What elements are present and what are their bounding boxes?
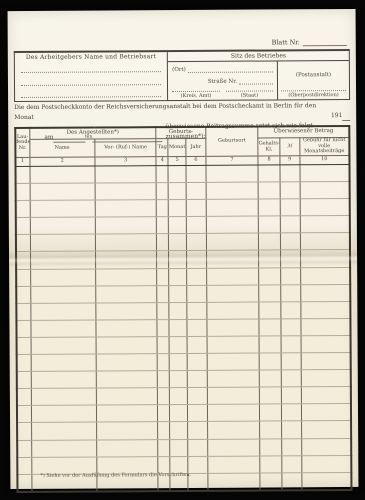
table-cell [259, 353, 281, 370]
table-row [17, 370, 351, 389]
table-cell [16, 320, 30, 337]
contribution-table: Lau- fende Nr. Des Angestellten*) Geburt… [14, 125, 352, 493]
column-number: 9 [280, 156, 300, 165]
table-row [16, 284, 350, 303]
table-cell [260, 455, 282, 472]
table-cell [260, 473, 282, 491]
table-cell [259, 250, 281, 267]
postal-fields: (Postanstalt) (Oberpostdirektion) [278, 61, 349, 99]
table-cell [207, 302, 260, 319]
column-number: 8 [258, 156, 280, 165]
photo-backdrop: Blatt Nr. Des Arbeitgebers Name und Betr… [0, 0, 365, 500]
table-cell [300, 267, 350, 284]
table-cell [207, 336, 260, 353]
table-cell [16, 286, 30, 303]
table-cell [187, 251, 207, 268]
table-row [16, 182, 350, 201]
employer-write-line [21, 85, 161, 98]
table-cell [280, 182, 300, 199]
table-cell [16, 218, 30, 235]
table-cell [300, 250, 350, 267]
employer-name-section: Des Arbeitgebers Name und Betriebsart [15, 52, 169, 101]
table-cell [281, 284, 301, 301]
table-cell [301, 421, 351, 438]
table-cell [282, 438, 302, 455]
col-header-geburtsort: Geburtsort [206, 127, 259, 157]
table-cell [31, 422, 97, 439]
table-cell [280, 233, 300, 250]
table-cell [157, 200, 169, 217]
table-cell [158, 371, 170, 388]
table-cell [259, 267, 281, 284]
group-header-angestellten: Des Angestellten*) [29, 127, 156, 139]
table-cell [31, 405, 97, 422]
ort-label: (Ort) [172, 67, 186, 73]
table-cell [187, 388, 207, 405]
table-cell [30, 183, 96, 200]
table-cell [30, 286, 96, 303]
table-cell [300, 284, 350, 301]
table-cell [259, 216, 281, 233]
table-cell [170, 388, 188, 405]
table-cell [170, 422, 188, 439]
table-cell [187, 234, 207, 251]
table-cell [282, 421, 302, 438]
table-row [17, 421, 351, 440]
table-cell [170, 371, 188, 388]
table-cell [259, 319, 281, 336]
table-cell [300, 182, 350, 199]
col-header-name: Name [29, 139, 95, 157]
table-cell [280, 216, 300, 233]
table-cell [31, 354, 97, 371]
table-cell [31, 457, 97, 474]
table-cell [158, 354, 170, 371]
table-cell [30, 320, 96, 337]
table-cell [207, 404, 260, 421]
table-cell [16, 201, 30, 218]
table-cell [95, 200, 157, 217]
table-cell [158, 405, 170, 422]
table-cell [157, 183, 169, 200]
table-cell [158, 388, 170, 405]
table-row [16, 250, 350, 269]
table-cell [300, 199, 350, 216]
table-cell [206, 233, 259, 250]
table-cell [207, 353, 260, 370]
table-cell [17, 474, 31, 492]
sheet-number-line: Blatt Nr. [272, 38, 347, 46]
table-cell [95, 166, 157, 183]
table-cell [96, 337, 158, 354]
table-cell [259, 233, 281, 250]
table-cell [97, 439, 159, 456]
table-cell [301, 438, 351, 455]
col-header-gebuehr: Gebühr für nicht volle Monatsbeiträge [299, 137, 349, 155]
table-cell [95, 251, 157, 268]
table-cell [282, 455, 302, 472]
table-cell [207, 387, 260, 404]
table-cell [95, 183, 157, 200]
table-cell [17, 389, 31, 406]
col-header-gehaltsklasse: Gehalts- Kl. [258, 138, 280, 156]
table-row [15, 164, 349, 183]
table-cell [170, 439, 188, 456]
table-cell [96, 405, 158, 422]
table-cell [187, 336, 207, 353]
table-cell [258, 165, 280, 182]
table-cell [260, 404, 282, 421]
table-cell [187, 353, 207, 370]
column-number: 3 [95, 157, 157, 166]
col-header-mark: ℳ [280, 138, 300, 156]
year-blank [342, 113, 350, 121]
table-row [17, 387, 351, 406]
table-cell [186, 200, 206, 217]
table-cell [281, 336, 301, 353]
table-cell [157, 337, 169, 354]
table-cell [280, 199, 300, 216]
table-cell [31, 371, 97, 388]
postanstalt-label: (Postanstalt) [281, 72, 346, 78]
table-cell [186, 165, 206, 182]
table-cell [169, 285, 187, 302]
table-cell [206, 216, 259, 233]
oberpostdirektion-label: (Oberpostdirektion) [281, 90, 346, 98]
sheet-number-label: Blatt Nr. [272, 38, 300, 46]
table-cell [260, 387, 282, 404]
table-cell [168, 165, 186, 182]
group-header-betrag: Überwiesener Betrag [258, 126, 349, 138]
table-cell [157, 217, 169, 234]
table-cell [157, 319, 169, 336]
table-cell [302, 472, 352, 490]
form-document: Blatt Nr. Des Arbeitgebers Name und Betr… [8, 9, 359, 489]
table-cell [187, 268, 207, 285]
employer-header-box: Des Arbeitgebers Name und Betriebsart Si… [14, 49, 350, 102]
table-cell [157, 268, 169, 285]
group-header-geburts: Geburts- [156, 127, 205, 139]
table-cell [301, 404, 351, 421]
col-header-laufende-nr: Lau- fende Nr. [15, 128, 29, 158]
table-cell [17, 457, 31, 474]
table-cell [31, 337, 97, 354]
table-cell [169, 319, 187, 336]
table-cell [30, 200, 96, 217]
table-cell [282, 472, 302, 490]
table-cell [16, 184, 30, 201]
table-cell [17, 372, 31, 389]
table-cell [157, 285, 169, 302]
col-header-tag: Tag [156, 139, 168, 157]
column-number: 4 [156, 157, 168, 166]
table-cell [281, 302, 301, 319]
table-row [17, 353, 351, 372]
table-cell [188, 422, 208, 439]
table-cell [156, 166, 168, 183]
table-cell [96, 320, 158, 337]
table-cell [158, 439, 170, 456]
intro-line1-text: Die dem Postscheckkonto der Reichsversic… [14, 101, 329, 123]
col-header-monat: Monat [168, 138, 186, 156]
table-cell [169, 336, 187, 353]
table-cell [30, 252, 96, 269]
table-cell [188, 439, 208, 456]
sheet-number-blank [303, 38, 347, 46]
table-cell [259, 302, 281, 319]
employer-write-line [21, 60, 161, 73]
table-cell [96, 354, 158, 371]
table-cell [169, 251, 187, 268]
table-cell [259, 336, 281, 353]
table-cell [207, 370, 260, 387]
table-cell [300, 216, 350, 233]
table-cell [206, 268, 259, 285]
column-number: 7 [206, 156, 258, 165]
table-cell [206, 182, 259, 199]
ort-blank [188, 64, 273, 73]
table-cell [30, 303, 96, 320]
table-row [16, 216, 350, 235]
table-cell [281, 353, 301, 370]
table-cell [301, 318, 351, 335]
business-seat-section: Sitz des Betriebes (Ort) Straße Nr. [168, 51, 349, 100]
table-cell [96, 285, 158, 302]
table-cell [206, 165, 259, 182]
table-row [16, 301, 350, 320]
table-cell [301, 387, 351, 404]
table-cell [96, 268, 158, 285]
table-cell [97, 456, 159, 473]
table-cell [301, 335, 351, 352]
table-cell [17, 423, 31, 440]
table-cell [30, 269, 96, 286]
table-row [16, 199, 350, 218]
table-cell [96, 302, 158, 319]
table-cell [17, 354, 31, 371]
table-cell [170, 405, 188, 422]
table-cell [95, 217, 157, 234]
table-cell [280, 165, 300, 182]
table-row [16, 318, 350, 337]
column-number: 10 [300, 155, 350, 164]
table-cell [281, 387, 301, 404]
table-cell [260, 421, 282, 438]
table-cell [170, 354, 188, 371]
table-cell [207, 421, 260, 438]
table-cell [281, 267, 301, 284]
table-cell [207, 439, 260, 456]
table-cell [170, 456, 188, 473]
table-cell [16, 303, 30, 320]
table-cell [169, 268, 187, 285]
strasse-label: Straße Nr. [208, 79, 237, 85]
employer-write-line [21, 72, 161, 85]
table-row [17, 438, 351, 457]
table-cell [96, 371, 158, 388]
table-cell [258, 199, 280, 216]
table-cell [207, 319, 260, 336]
table-cell [16, 235, 30, 252]
table-cell [15, 166, 29, 183]
table-cell [259, 285, 281, 302]
table-row [17, 404, 351, 423]
table-cell [169, 234, 187, 251]
address-fields: (Ort) Straße Nr. (Kreis, Amt) (Staat) [168, 61, 278, 100]
table-row [16, 267, 350, 286]
table-cell [17, 406, 31, 423]
table-cell [187, 370, 207, 387]
table-cell [157, 251, 169, 268]
table-cell [30, 217, 96, 234]
table-cell [30, 166, 96, 183]
table-cell [260, 438, 282, 455]
table-cell [16, 252, 30, 269]
column-number: 1 [15, 157, 29, 166]
table-row [16, 233, 350, 252]
table-cell [97, 422, 159, 439]
table-cell [207, 285, 260, 302]
table-cell [186, 217, 206, 234]
table-body [15, 164, 351, 491]
table-cell [301, 455, 351, 472]
table-cell [157, 234, 169, 251]
table-cell [158, 422, 170, 439]
column-number: 6 [186, 156, 206, 165]
table-cell [300, 233, 350, 250]
table-cell [169, 183, 187, 200]
table-cell [281, 404, 301, 421]
table-cell [31, 388, 97, 405]
table-cell [95, 234, 157, 251]
table-cell [31, 440, 97, 457]
kreis-label: (Kreis, Amt) [172, 91, 219, 99]
table-cell [186, 182, 206, 199]
table-cell [157, 302, 169, 319]
table-cell [188, 405, 208, 422]
table-cell [17, 337, 31, 354]
table-cell [96, 388, 158, 405]
column-number: 2 [29, 157, 95, 166]
table-cell [206, 199, 259, 216]
table-cell [208, 473, 261, 491]
table-cell [260, 370, 282, 387]
column-number: 5 [168, 156, 186, 165]
table-cell [301, 370, 351, 387]
table-cell [301, 353, 351, 370]
table-cell [17, 440, 31, 457]
table-cell [188, 456, 208, 473]
table-cell [258, 182, 280, 199]
col-header-vorname: Vor- (Ruf-) Name [95, 139, 157, 157]
table-cell [208, 456, 261, 473]
col-header-jahr: Jahr [186, 138, 206, 156]
footnote: *) Siehe vor der Ausfüllung des Formular… [40, 472, 191, 479]
table-cell [281, 319, 301, 336]
table-cell [169, 302, 187, 319]
strasse-blank [239, 76, 273, 84]
table-cell [16, 269, 30, 286]
table-cell [300, 164, 350, 181]
table-cell [187, 302, 207, 319]
table-cell [169, 217, 187, 234]
table-cell [281, 370, 301, 387]
table-cell [158, 456, 170, 473]
table-cell [169, 200, 187, 217]
staat-label: (Staat) [226, 90, 273, 98]
table-cell [300, 301, 350, 318]
table-cell [30, 234, 96, 251]
table-cell [187, 319, 207, 336]
table-cell [206, 251, 259, 268]
year-prefix: 191 [331, 111, 343, 121]
table-row [17, 335, 351, 354]
table-cell [280, 250, 300, 267]
table-cell [187, 285, 207, 302]
